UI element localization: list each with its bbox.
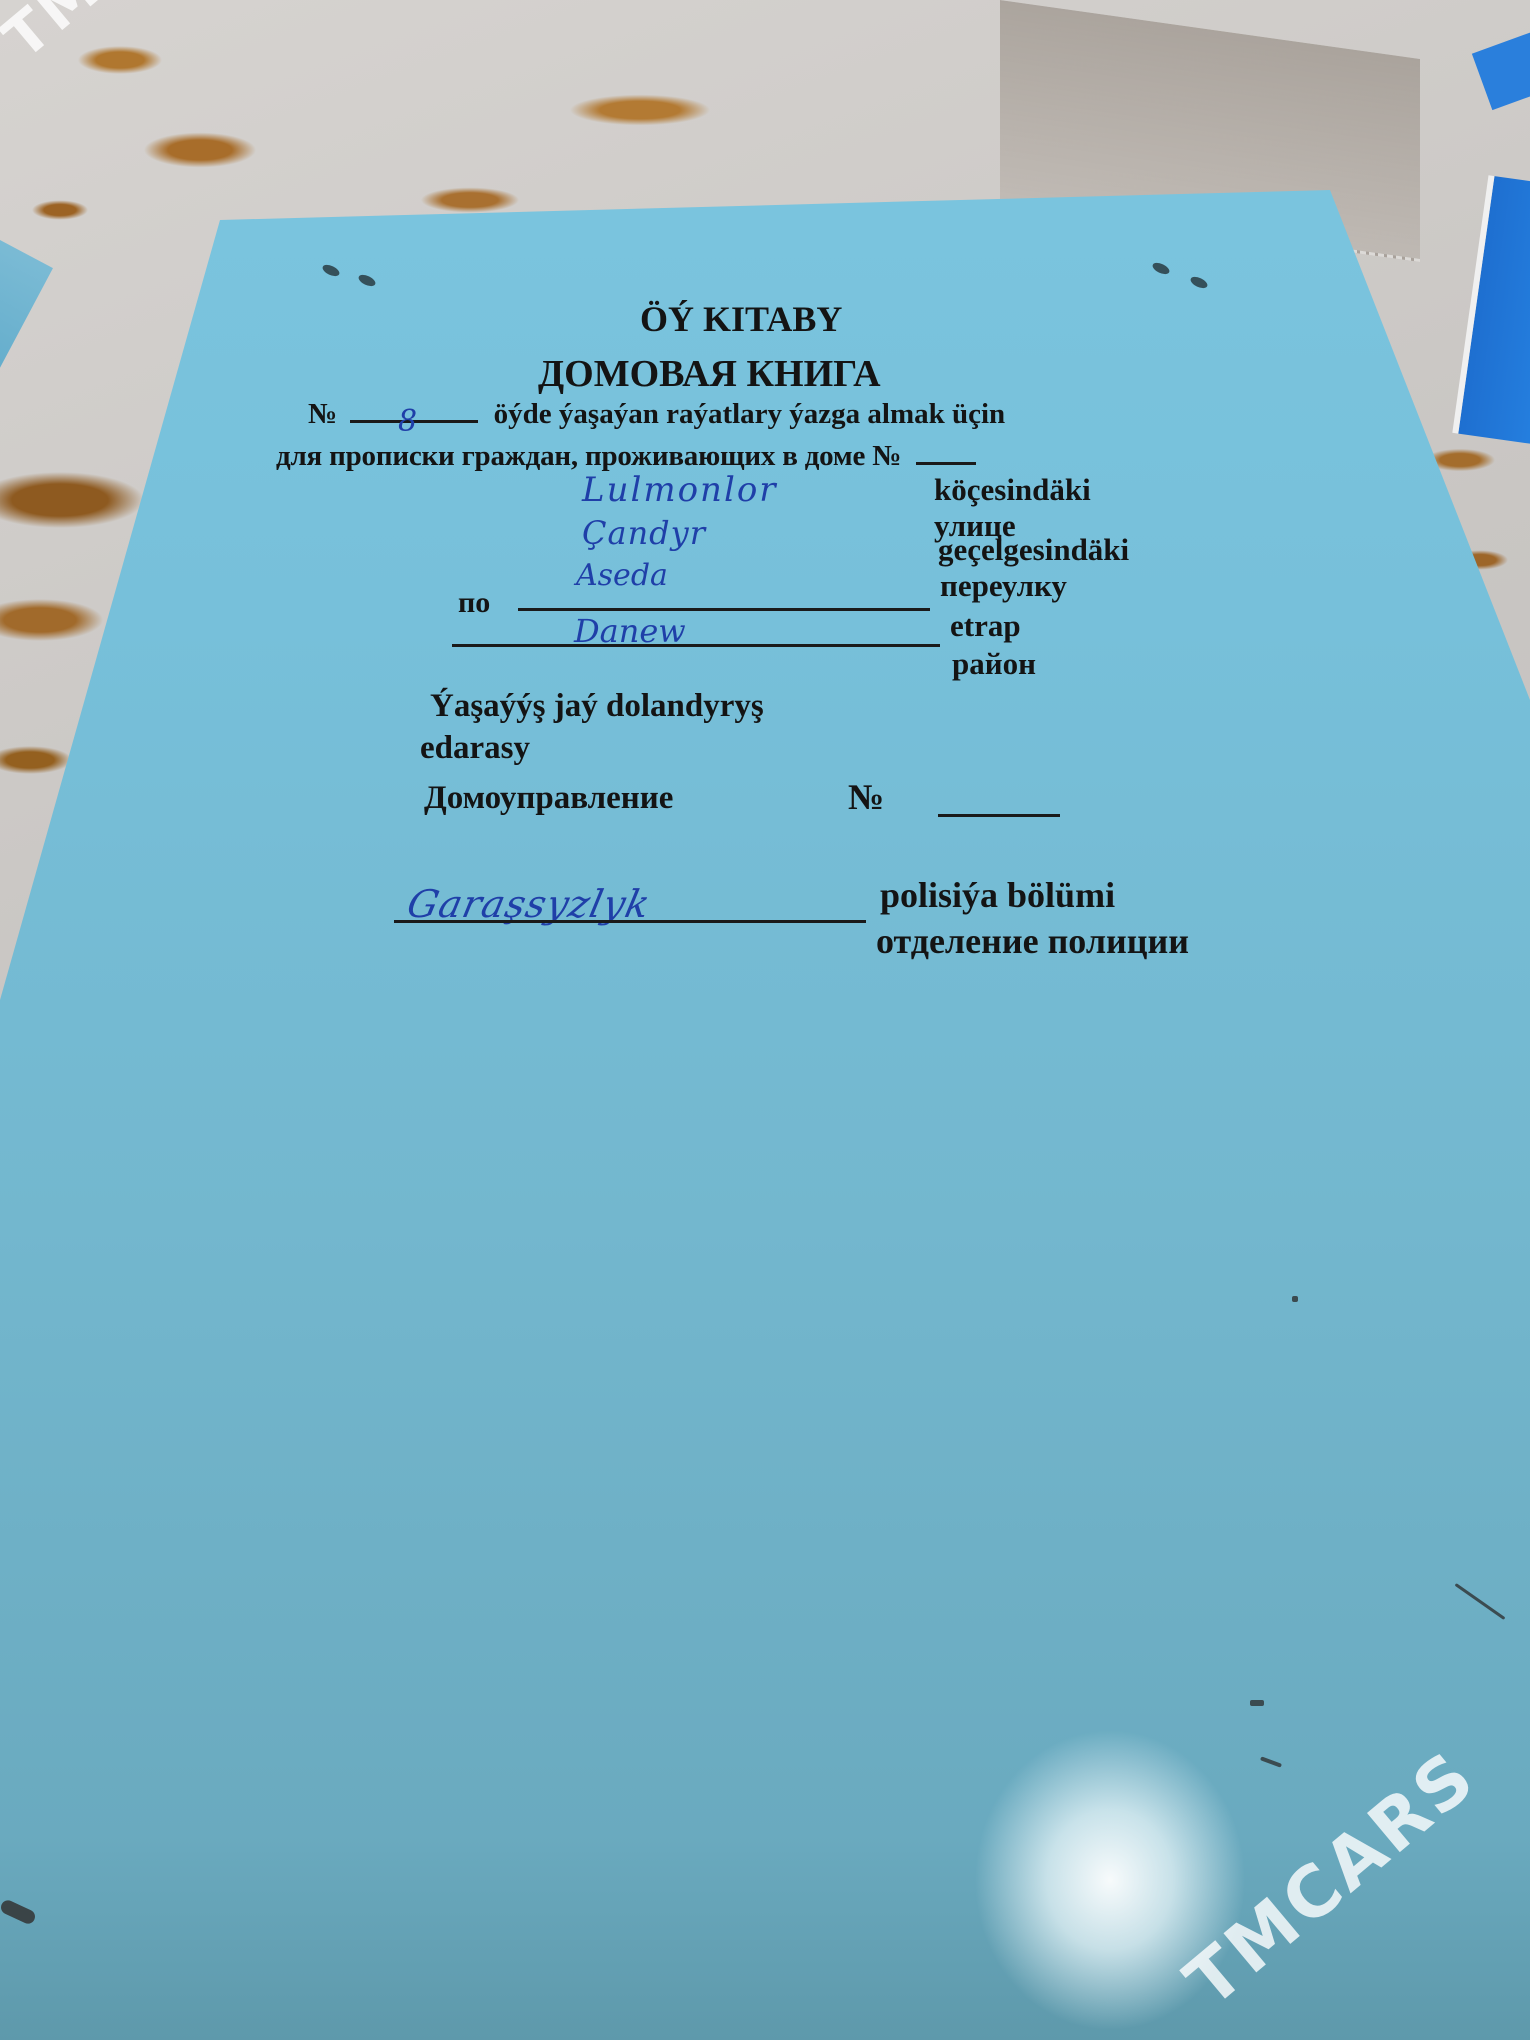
label-lane-tk: geçelgesindäki [938, 532, 1129, 568]
police-field-underline[interactable] [394, 920, 866, 923]
russian-registration-text: для прописки граждан, проживающих в доме… [276, 440, 901, 472]
housing-office-tk-line1: Ýaşaýýş jaý dolandyryş [430, 688, 764, 725]
staple-hole-icon [1151, 261, 1171, 277]
photo-scene: ÖÝ KITABY ДОМОВАЯ КНИГА № öýde ýaşaýan r… [0, 0, 1530, 2040]
blue-folder-corner [1472, 30, 1530, 110]
housing-office-ru: Домоуправление [424, 780, 673, 817]
blue-folder [1452, 175, 1530, 444]
handwritten-lane: Aseda [576, 558, 668, 593]
watermark-top: TM [0, 0, 114, 72]
house-book-cover: ÖÝ KITABY ДОМОВАЯ КНИГА № öýde ýaşaýan r… [0, 0, 1530, 2040]
label-district-ru: район [952, 646, 1036, 682]
staple-hole-icon [1189, 275, 1209, 291]
turkmen-registration-text: öýde ýaşaýan raýatlary ýazga almak üçin [494, 398, 1006, 430]
speck [1292, 1296, 1298, 1302]
label-police-tk: polisiýa bölümi [880, 874, 1115, 916]
title-russian: ДОМОВАЯ КНИГА [538, 352, 881, 396]
label-lane-ru: переулку [940, 568, 1067, 604]
scratch-mark [1260, 1756, 1282, 1767]
title-turkmen: ÖÝ KITABY [640, 298, 842, 340]
scratch-mark [1455, 1583, 1506, 1620]
handwritten-street: Lulmonlor [582, 470, 778, 510]
staple-hole-icon [321, 263, 341, 279]
label-district-tk: etrap [950, 608, 1021, 644]
handwritten-house-number: 8 [398, 404, 417, 439]
clip-icon [0, 1898, 37, 1926]
staple-hole-icon [357, 273, 377, 289]
handwritten-street-2: Çandyr [582, 514, 706, 552]
housing-office-tk-line2: edarasy [420, 730, 530, 767]
label-street-tk: köçesindäki [934, 472, 1091, 508]
house-number-line-russian: для прописки граждан, проживающих в доме… [276, 440, 976, 473]
housing-office-number-field[interactable] [938, 814, 1060, 817]
label-po: по [458, 586, 490, 620]
blue-card-edge [0, 240, 53, 401]
number-sign: № [308, 398, 337, 430]
house-number-field-ru[interactable] [916, 462, 976, 465]
label-police-ru: отделение полиции [876, 920, 1189, 962]
district-field-underline[interactable] [452, 644, 940, 647]
scratch-mark [1250, 1700, 1264, 1706]
lane-field-underline[interactable] [518, 608, 930, 611]
housing-office-number-sign: № [848, 776, 884, 818]
